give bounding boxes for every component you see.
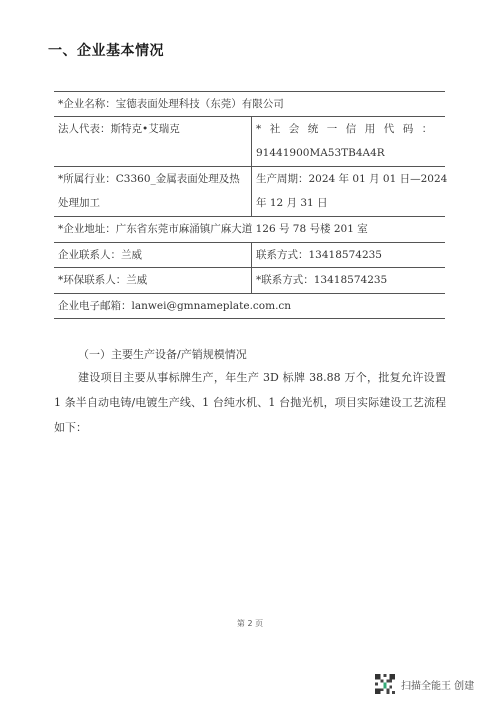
industry-line-2: 处理加工 [58,191,100,216]
section-title: 一、企业基本情况 [48,40,164,60]
qr-code-icon [375,674,395,694]
column-divider [251,116,252,216]
company-email: 企业电子邮箱：lanwei@gmnameplate.com.cn [58,294,291,319]
industry-line-1: *所属行业：C3360_金属表面处理及热 [58,167,240,192]
page-number: 第 2 页 [0,618,500,629]
contact-person: 企业联系人：兰威 [58,243,142,268]
env-contact-person: *环保联系人：兰威 [58,268,147,293]
contact-phone: 联系方式：13418574235 [256,243,382,268]
column-divider [251,242,252,293]
production-period-line-1: 生产周期：2024 年 01 月 01 日—2024 [256,167,447,192]
scanner-watermark: 扫描全能王 创建 [375,674,474,694]
body-paragraph: 建设项目主要从事标牌生产，年生产 3D 标牌 38.88 万个，批复允许设置 1… [54,365,446,440]
company-address: *企业地址：广东省东莞市麻涌镇广麻大道 126 号 78 号楼 201 室 [58,217,368,242]
credit-code-value: 91441900MA53TB4A4R [256,141,385,166]
company-name: *企业名称：宝德表面处理科技（东莞）有限公司 [58,92,284,117]
legal-representative: 法人代表：斯特克•艾瑞克 [58,117,180,142]
subsection-title: （一）主要生产设备/产销规模情况 [78,346,247,362]
production-period-line-2: 年 12 月 31 日 [256,191,328,216]
credit-code-label: *社会统一信用代码： [256,117,441,142]
env-contact-phone: *联系方式：13418574235 [256,268,387,293]
watermark-text: 扫描全能王 创建 [401,677,474,692]
